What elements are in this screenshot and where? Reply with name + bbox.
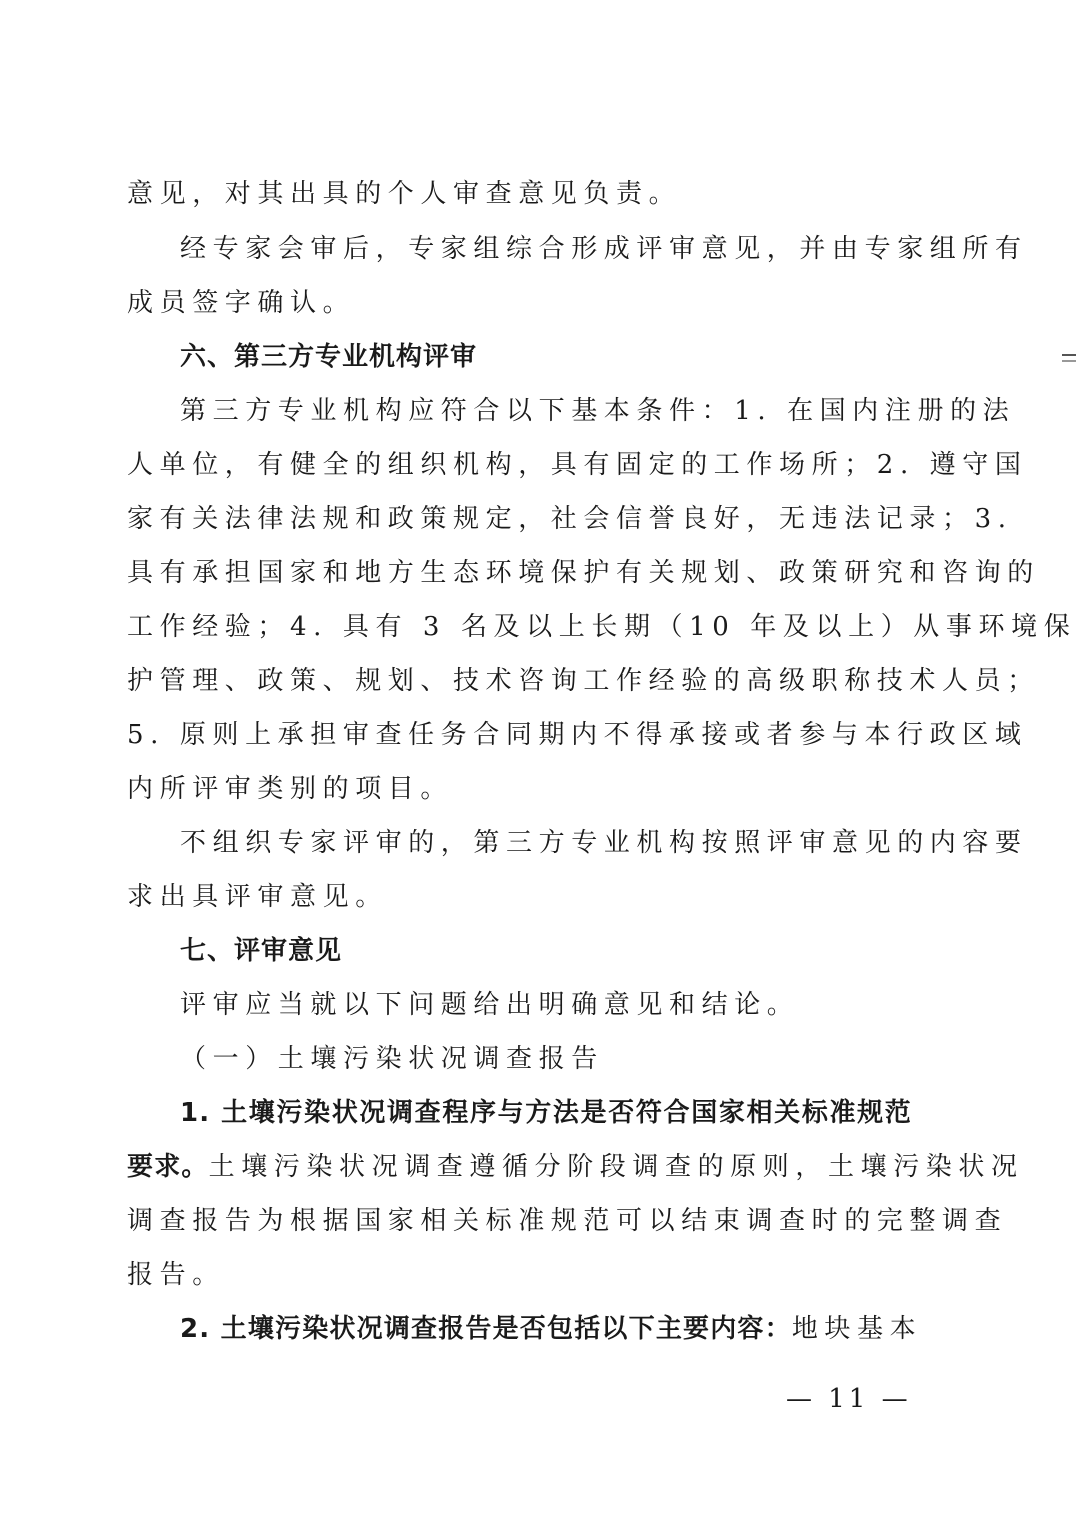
paragraph-line: 调查报告为根据国家相关标准规范可以结束调查时的完整调查 (127, 1206, 912, 1236)
body-text: 土壤污染状况调查遵循分阶段调查的原则，土壤污染状况 (209, 1152, 1024, 1182)
paragraph-line: 不组织专家评审的，第三方专业机构按照评审意见的内容要 (180, 828, 912, 858)
item-1-title: 1. 土壤污染状况调查程序与方法是否符合国家相关标准规范 (180, 1098, 912, 1128)
section-heading-6: 六、第三方专业机构评审 (180, 342, 912, 372)
paragraph-line: 要求。土壤污染状况调查遵循分阶段调查的原则，土壤污染状况 (127, 1152, 912, 1182)
document-page: 意见，对其出具的个人审查意见负责。 经专家会审后，专家组综合形成评审意见，并由专… (0, 0, 1080, 1528)
paragraph-line: 第三方专业机构应符合以下基本条件：1. 在国内注册的法 (180, 396, 912, 426)
paragraph-line: 成员签字确认。 (127, 288, 912, 318)
paragraph-line: 5. 原则上承担审查任务合同期内不得承接或者参与本行政区域 (127, 720, 912, 750)
paragraph-line: 工作经验；4. 具有 3 名及以上长期（10 年及以上）从事环境保 (127, 612, 912, 642)
margin-mark (1062, 354, 1076, 356)
paragraph-line: 具有承担国家和地方生态环境保护有关规划、政策研究和咨询的 (127, 558, 912, 588)
bold-text: 2. 土壤污染状况调查报告是否包括以下主要内容： (180, 1314, 792, 1344)
paragraph-line: 2. 土壤污染状况调查报告是否包括以下主要内容：地块基本 (180, 1314, 912, 1344)
margin-mark (1062, 360, 1076, 362)
subsection-heading: （一）土壤污染状况调查报告 (180, 1044, 912, 1074)
paragraph-line: 报告。 (127, 1260, 912, 1290)
paragraph-line: 内所评审类别的项目。 (127, 774, 912, 804)
body-text: 地块基本 (792, 1314, 922, 1344)
paragraph-line: 家有关法律法规和政策规定，社会信誉良好，无违法记录；3. (127, 504, 912, 534)
paragraph-line: 意见，对其出具的个人审查意见负责。 (127, 179, 912, 209)
page-number: — 11 — (786, 1384, 912, 1414)
paragraph-line: 经专家会审后，专家组综合形成评审意见，并由专家组所有 (180, 234, 912, 264)
paragraph-line: 人单位，有健全的组织机构，具有固定的工作场所；2. 遵守国 (127, 450, 912, 480)
section-heading-7: 七、评审意见 (180, 936, 912, 966)
bold-text: 要求。 (127, 1152, 209, 1182)
paragraph-line: 求出具评审意见。 (127, 882, 912, 912)
paragraph-line: 护管理、政策、规划、技术咨询工作经验的高级职称技术人员； (127, 666, 912, 696)
paragraph-line: 评审应当就以下问题给出明确意见和结论。 (180, 990, 912, 1020)
